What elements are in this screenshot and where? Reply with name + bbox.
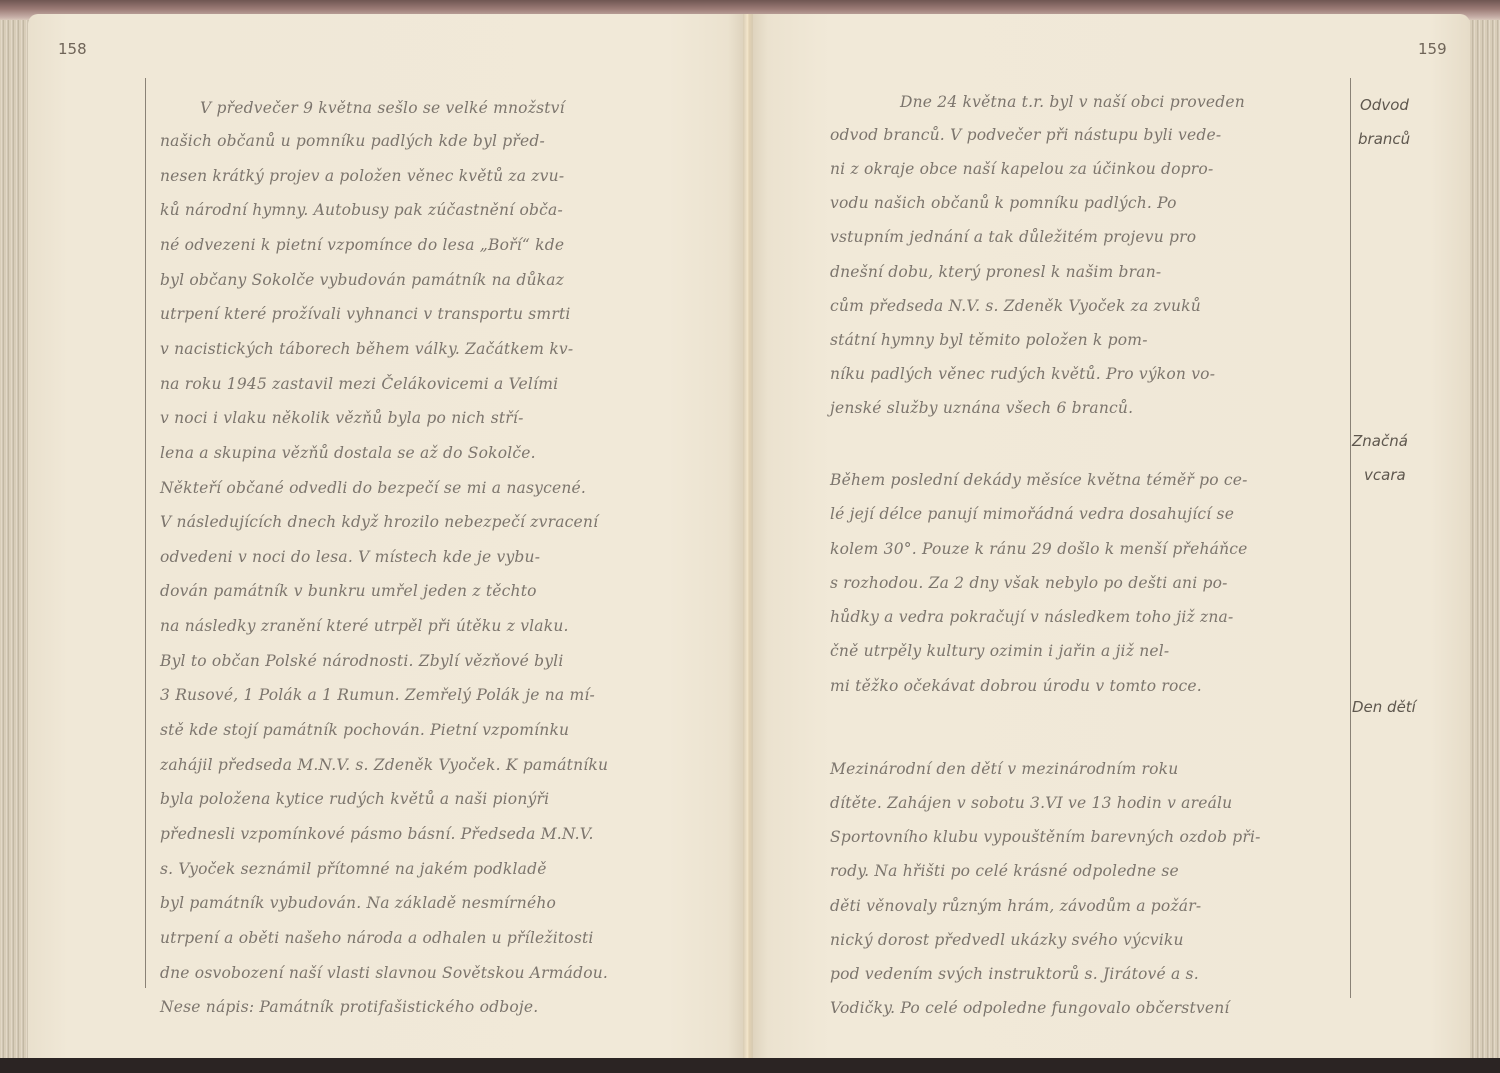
handwritten-line: cům předseda N.V. s. Zdeněk Vyoček za zv… (830, 288, 1201, 324)
handwritten-line: dován památník v bunkru umřel jeden z tě… (160, 573, 537, 609)
right-margin-rule (1350, 78, 1351, 998)
handwritten-line: byl občany Sokolče vybudován památník na… (160, 262, 564, 298)
handwritten-line: s. Vyoček seznámil přítomné na jakém pod… (160, 851, 547, 887)
margin-note: Odvod (1360, 96, 1409, 114)
left-margin-rule (145, 78, 146, 988)
handwritten-line: dne osvobození naší vlasti slavnou Sovět… (160, 955, 608, 991)
handwritten-line: nesen krátký projev a položen věnec květ… (160, 158, 564, 194)
handwritten-line: vstupním jednání a tak důležitém projevu… (830, 219, 1196, 255)
handwritten-line: lé její délce panují mimořádná vedra dos… (830, 496, 1234, 532)
handwritten-line: ků národní hymny. Autobusy pak zúčastněn… (160, 192, 563, 228)
handwritten-line: odvedeni v noci do lesa. V místech kde j… (160, 539, 540, 575)
handwritten-line: ni z okraje obce naší kapelou za účinkou… (830, 151, 1213, 187)
handwritten-line: Někteří občané odvedli do bezpečí se mi … (160, 470, 586, 506)
handwritten-line: děti věnovaly různým hrám, závodům a pož… (830, 888, 1201, 924)
handwritten-line: byla položena kytice rudých květů a naši… (160, 781, 549, 817)
handwritten-line: mi těžko očekávat dobrou úrodu v tomto r… (830, 668, 1202, 704)
handwritten-line: státní hymny byl těmito položen k pom- (830, 322, 1148, 358)
handwritten-line: Byl to občan Polské národnosti. Zbylí vě… (160, 643, 564, 679)
handwritten-line: dítěte. Zahájen v sobotu 3.VI ve 13 hodi… (830, 785, 1232, 821)
margin-note: Značná (1352, 432, 1408, 450)
handwritten-line: na následky zranění které utrpěl při útě… (160, 608, 569, 644)
handwritten-line: Sportovního klubu vypouštěním barevných … (830, 819, 1261, 855)
handwritten-line: Nese nápis: Památník protifašistického o… (160, 989, 538, 1025)
handwritten-line: utrpení a oběti našeho národa a odhalen … (160, 920, 594, 956)
handwritten-line: na roku 1945 zastavil mezi Čelákovicemi … (160, 366, 558, 402)
handwritten-line: v nacistických táborech během války. Zač… (160, 331, 573, 367)
margin-note: Den dětí (1352, 698, 1416, 716)
right-page-number: 159 (1418, 40, 1447, 58)
handwritten-line: s rozhodou. Za 2 dny však nebylo po dešt… (830, 565, 1228, 601)
margin-note: branců (1358, 130, 1410, 148)
handwritten-line: né odvezeni k pietní vzpomínce do lesa „… (160, 227, 564, 263)
handwritten-line: našich občanů u pomníku padlých kde byl … (160, 123, 545, 159)
handwritten-line: přednesli vzpomínkové pásmo básní. Předs… (160, 816, 594, 852)
left-page-number: 158 (58, 40, 87, 58)
handwritten-line: Během poslední dekády měsíce května témě… (830, 462, 1248, 498)
handwritten-line: utrpení které prožívali vyhnanci v trans… (160, 296, 571, 332)
margin-note: vcara (1364, 466, 1406, 484)
handwritten-line: čně utrpěly kultury ozimin i jařin a již… (830, 633, 1169, 669)
handwritten-line: Mezinárodní den dětí v mezinárodním roku (830, 751, 1178, 787)
handwritten-line: zahájil předseda M.N.V. s. Zdeněk Vyoček… (160, 747, 608, 783)
handwritten-line: pod vedením svých instruktorů s. Jirátov… (830, 956, 1199, 992)
handwritten-line: 3 Rusové, 1 Polák a 1 Rumun. Zemřelý Pol… (160, 677, 595, 713)
handwritten-line: dnešní dobu, který pronesl k našim bran- (830, 254, 1161, 290)
handwritten-line: rody. Na hřišti po celé krásné odpoledne… (830, 853, 1179, 889)
handwritten-line: nický dorost předvedl ukázky svého výcvi… (830, 922, 1184, 958)
book-gutter (743, 14, 753, 1058)
handwritten-line: kolem 30°. Pouze k ránu 29 došlo k menší… (830, 531, 1248, 567)
handwritten-line: V předvečer 9 května sešlo se velké množ… (200, 90, 565, 126)
handwritten-line: níku padlých věnec rudých květů. Pro výk… (830, 356, 1215, 392)
handwritten-line: odvod branců. V podvečer při nástupu byl… (830, 117, 1221, 153)
handwritten-line: byl památník vybudován. Na základě nesmí… (160, 885, 556, 921)
handwritten-line: jenské služby uznána všech 6 branců. (830, 390, 1133, 426)
handwritten-line: v noci i vlaku několik vězňů byla po nic… (160, 400, 524, 436)
open-book: 158 159 V předvečer 9 května sešlo se ve… (0, 0, 1500, 1073)
handwritten-line: hůdky a vedra pokračují v následkem toho… (830, 599, 1233, 635)
handwritten-line: lena a skupina vězňů dostala se až do So… (160, 435, 536, 471)
page-stack-right (1466, 20, 1500, 1060)
handwritten-line: Vodičky. Po celé odpoledne fungovalo obč… (830, 990, 1230, 1026)
handwritten-line: stě kde stojí památník pochován. Pietní … (160, 712, 569, 748)
handwritten-line: Dne 24 května t.r. byl v naší obci prove… (900, 84, 1245, 120)
book-bottom-shadow (0, 1058, 1500, 1073)
handwritten-line: vodu našich občanů k pomníku padlých. Po (830, 185, 1177, 221)
handwritten-line: V následujících dnech když hrozilo nebez… (160, 504, 598, 540)
